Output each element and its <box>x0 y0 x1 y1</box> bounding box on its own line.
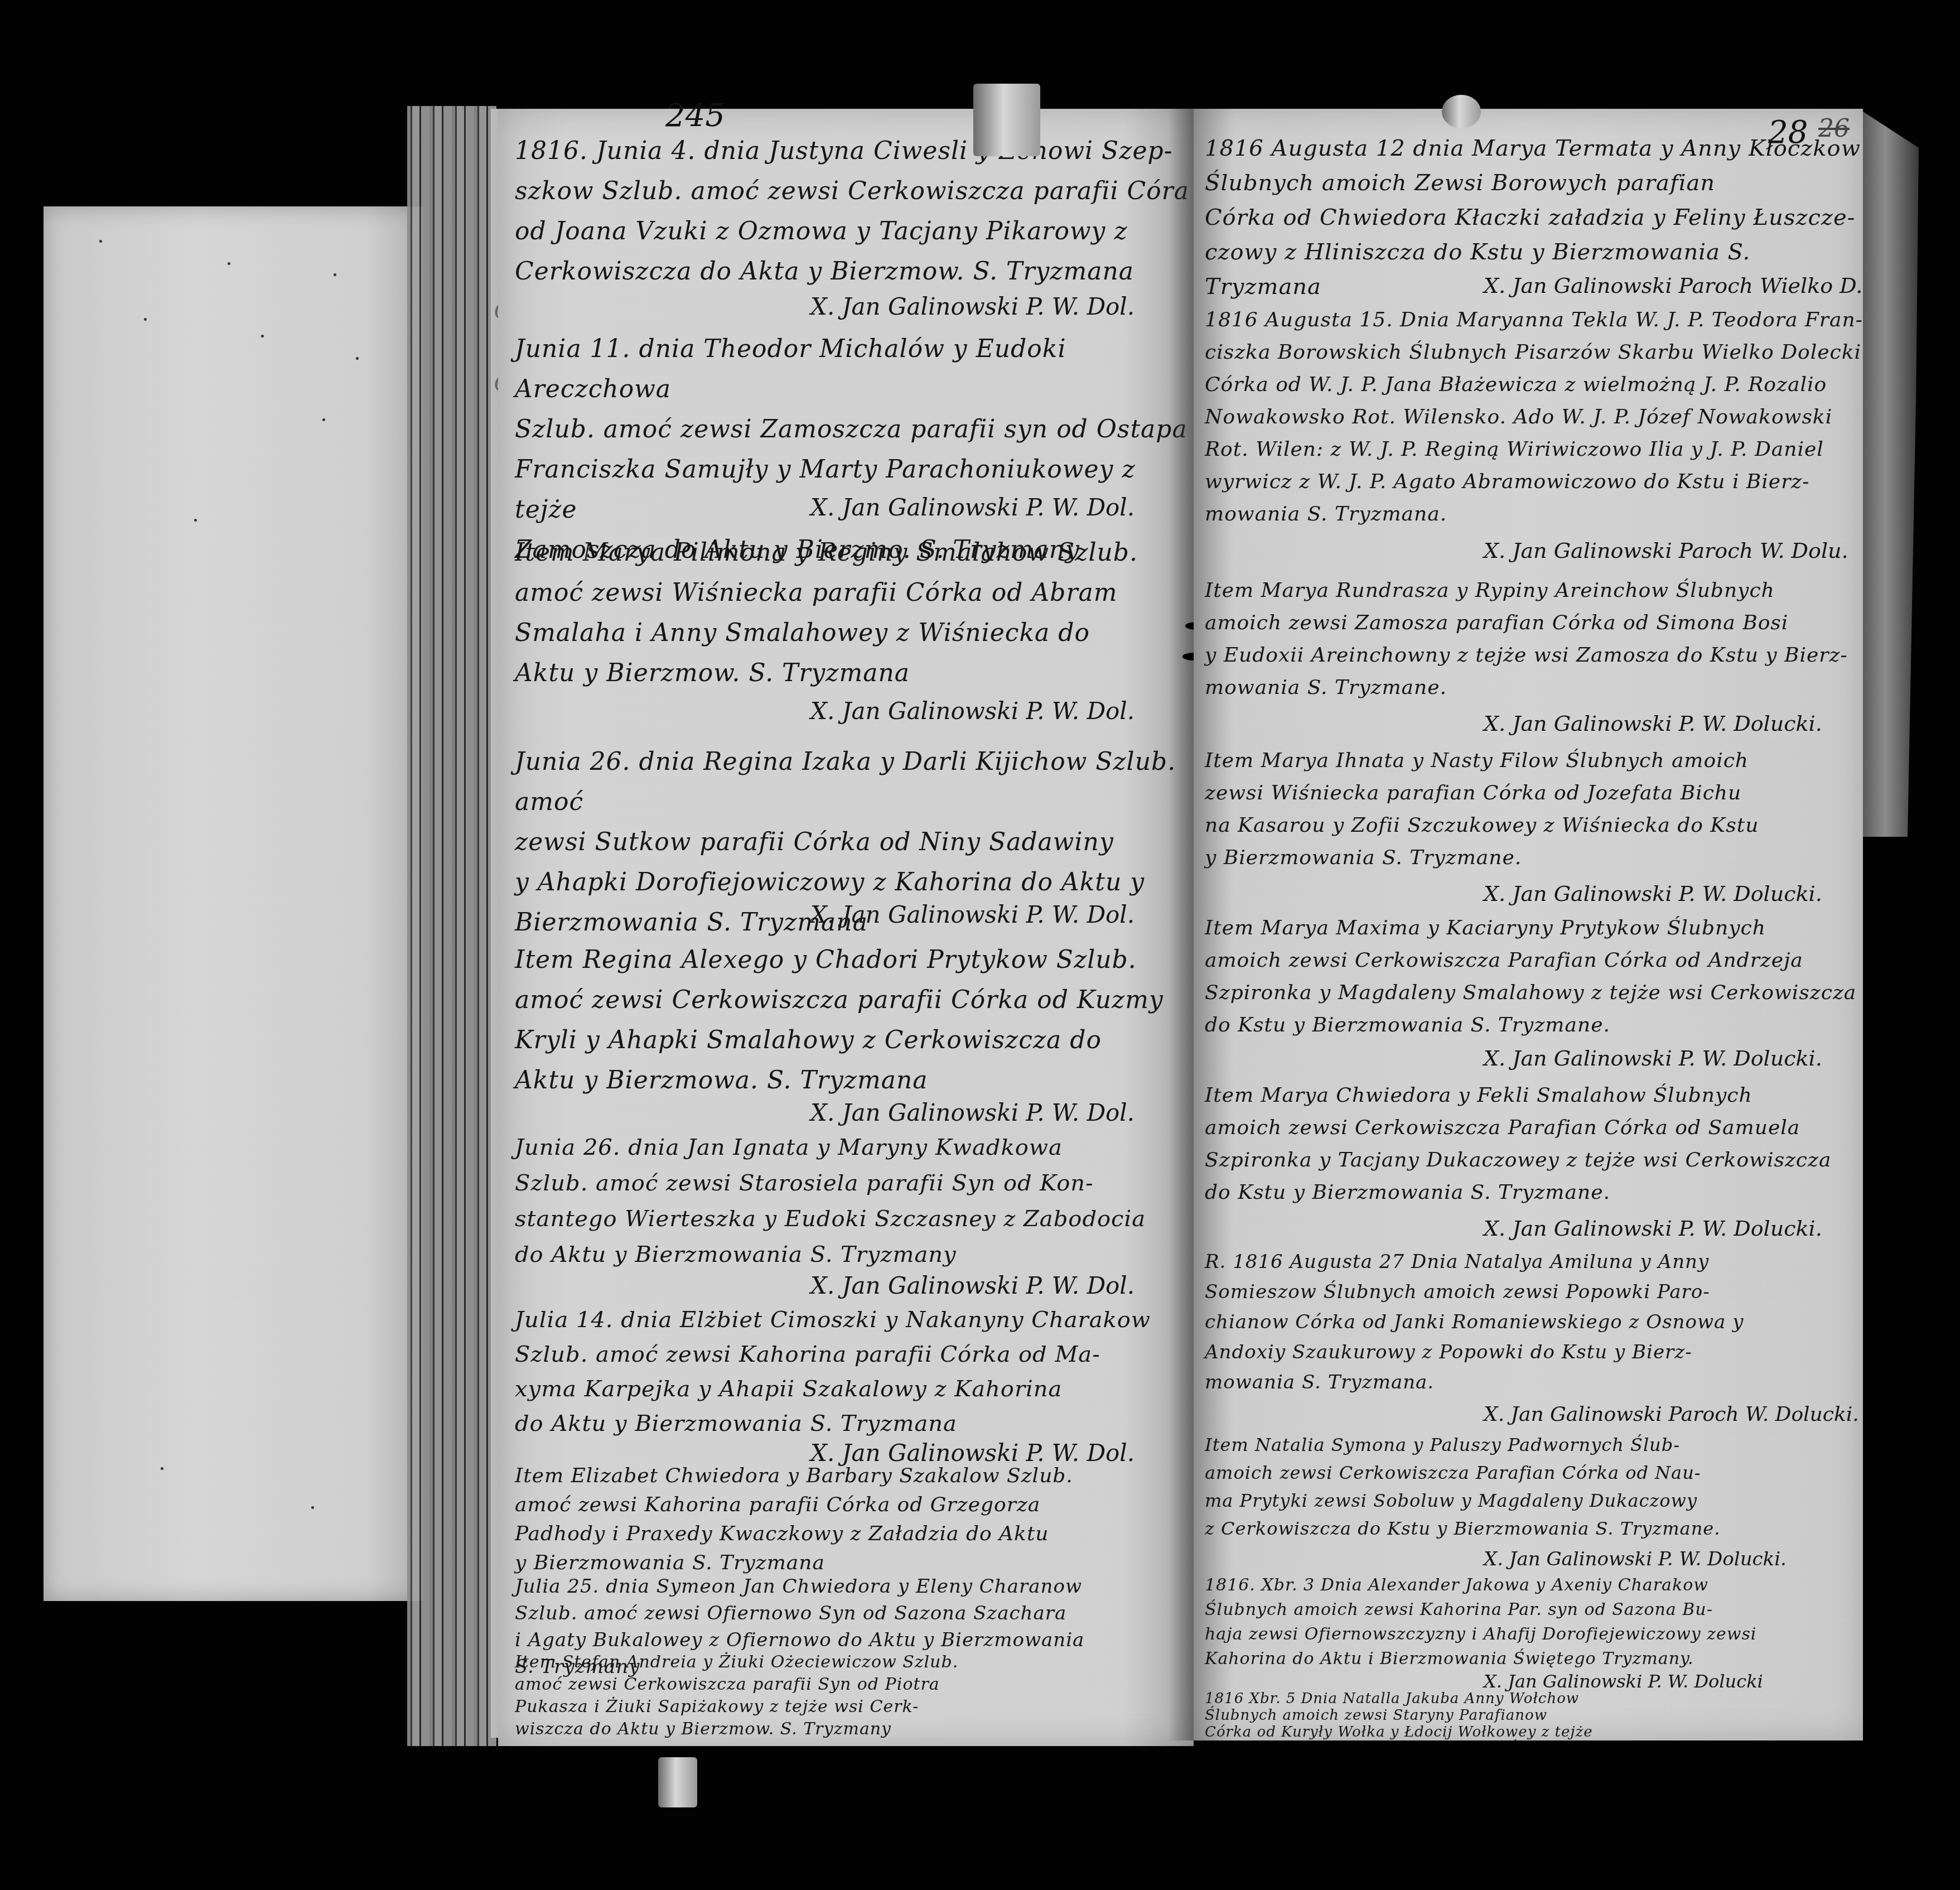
register-entry: 1816 Xbr. 5 Dnia Natalla Jakuba Anny Woł… <box>1205 1690 1593 1740</box>
register-entry: Item Marya Chwiedora y Fekli Smalahow Śl… <box>1205 1079 1831 1209</box>
priest-signature: X. Jan Galinowski P. W. Dolucki. <box>1484 1046 1822 1071</box>
priest-signature: X. Jan Galinowski P. W. Dol. <box>810 494 1135 521</box>
register-entry: 1816. Junia 4. dnia Justyna Ciwesli y Ze… <box>515 131 1189 292</box>
register-entry: Item Natalia Symona y Paluszy Padwornych… <box>1205 1431 1720 1542</box>
binding-clip-top-right <box>1442 95 1481 128</box>
priest-signature: X. Jan Galinowski P. W. Dolucki <box>1484 1671 1763 1692</box>
priest-signature: X. Jan Galinowski Paroch Wielko D. <box>1484 273 1862 298</box>
left-page-lower-3: Item Stefan Andreia y Żiuki Ożeciewiczow… <box>498 1651 1194 1746</box>
binding-clip-top <box>973 84 1040 156</box>
register-entry: Item Marya Rundrasza y Rypiny Areinchow … <box>1205 575 1848 704</box>
blank-insert-sheet <box>44 206 423 1601</box>
register-entry: Junia 26. dnia Jan Ignata y Maryny Kwadk… <box>515 1130 1146 1272</box>
priest-signature: X. Jan Galinowski Paroch W. Dolu. <box>1484 538 1848 563</box>
priest-signature: X. Jan Galinowski P. W. Dolucki. <box>1484 1548 1787 1570</box>
priest-signature: X. Jan Galinowski Paroch W. Dolucki. <box>1484 1403 1859 1426</box>
right-page: 28 26 1816 Augusta 12 dnia Marya Termata… <box>1194 109 1863 1740</box>
register-entry: Item Marya Maxima y Kaciaryny Prytykow Ś… <box>1205 912 1856 1042</box>
register-entry: Item Elizabet Chwiedora y Barbary Szakal… <box>515 1462 1073 1578</box>
register-entry: Item Regina Alexego y Chadori Prytykow S… <box>515 940 1164 1101</box>
priest-signature: X. Jan Galinowski P. W. Dolucki. <box>1484 711 1822 736</box>
register-entry: Julia 14. dnia Elżbiet Cimoszki y Nakany… <box>515 1303 1151 1441</box>
book-spine <box>407 106 496 1746</box>
register-entry: Item Marya Ihnata y Nasty Filow Ślubnych… <box>1205 745 1759 874</box>
register-entry: R. 1816 Augusta 27 Dnia Natalya Amiluna … <box>1205 1247 1744 1397</box>
register-entry: Item Marya Pilimona y Reginy Smalahow Sz… <box>515 533 1138 693</box>
priest-signature: X. Jan Galinowski P. W. Dolucki. <box>1484 881 1822 906</box>
register-entry: 1816. Xbr. 3 Dnia Alexander Jakowa y Axe… <box>1205 1573 1756 1671</box>
priest-signature: X. Jan Galinowski P. W. Dol. <box>810 293 1135 320</box>
priest-signature: X. Jan Galinowski P. W. Dol. <box>810 1272 1135 1299</box>
priest-signature: X. Jan Galinowski P. W. Dolucki. <box>1484 1216 1822 1241</box>
priest-signature: X. Jan Galinowski P. W. Dol. <box>810 901 1135 928</box>
register-entry: 1816 Augusta 15. Dnia Maryanna Tekla W. … <box>1205 304 1863 531</box>
binding-clip-bottom <box>658 1757 697 1807</box>
priest-signature: X. Jan Galinowski P. W. Dol. <box>810 697 1135 725</box>
register-entry: Item Stefan Andreia y Żiuki Ożeciewiczow… <box>515 1651 958 1740</box>
folio-number: 245 <box>665 98 725 134</box>
priest-signature: X. Jan Galinowski P. W. Dol. <box>810 1099 1135 1126</box>
